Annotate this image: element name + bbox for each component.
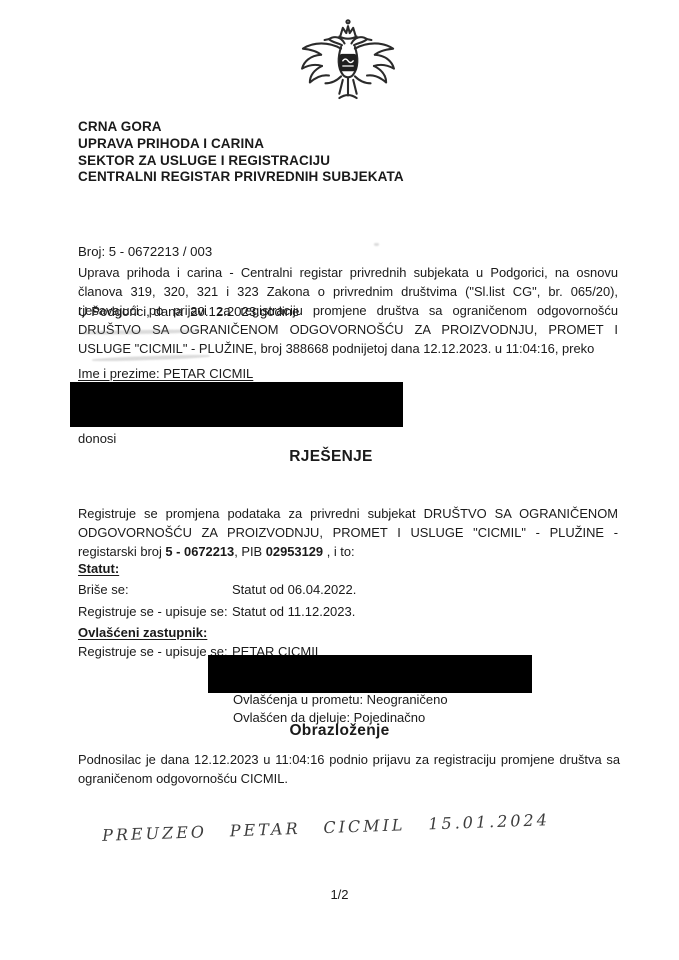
zastupnik-heading: Ovlašćeni zastupnik: (78, 625, 207, 640)
handwritten-word: PREUZEO (102, 822, 207, 845)
donosi-text: donosi (78, 431, 116, 446)
pib-label: , PIB (234, 544, 266, 559)
decision-text-suffix: , i to: (323, 544, 355, 559)
decision-title: RJEŠENJE (0, 448, 662, 466)
letterhead-line: SEKTOR ZA USLUGE I REGISTRACIJU (78, 153, 404, 170)
document-page: CRNA GORA UPRAVA PRIHODA I CARINA SEKTOR… (0, 0, 679, 960)
intro-paragraph: Uprava prihoda i carina - Centralni regi… (78, 263, 618, 358)
explanation-paragraph: Podnosilac je dana 12.12.2023 u 11:04:16… (78, 750, 620, 788)
page-number: 1/2 (0, 887, 679, 902)
handwritten-note: PREUZEO PETAR CICMIL 15.01.2024 (102, 810, 550, 845)
letterhead-line: CENTRALNI REGISTAR PRIVREDNIH SUBJEKATA (78, 169, 404, 186)
decision-paragraph: Registruje se promjena podataka za privr… (78, 504, 618, 561)
scan-artifact (374, 243, 379, 246)
statut-heading: Statut: (78, 561, 119, 576)
pib-number: 02953129 (266, 544, 323, 559)
document-number: Broj: 5 - 0672213 / 003 (78, 242, 299, 262)
handwritten-date: 15.01.2024 (428, 810, 550, 833)
row-label: Briše se: (78, 582, 232, 597)
coat-of-arms-icon (296, 16, 400, 121)
letterhead-line: CRNA GORA (78, 119, 404, 136)
statut-row: Briše se: Statut od 06.04.2022. (78, 582, 356, 597)
zastupnik-detail: Ovlašćenja u prometu: Neograničeno (233, 692, 448, 707)
row-label: Registruje se - upisuje se: (78, 604, 232, 619)
handwritten-word: PETAR (229, 819, 300, 840)
redaction-box (208, 655, 532, 693)
registration-number: 5 - 0672213 (165, 544, 234, 559)
row-value: Statut od 11.12.2023. (232, 604, 355, 619)
submitter-name-line: Ime i prezime: PETAR CICMIL (78, 366, 253, 381)
redaction-box (70, 382, 403, 427)
handwritten-word: CICMIL (323, 815, 406, 837)
statut-row: Registruje se - upisuje se: Statut od 11… (78, 604, 355, 619)
letterhead: CRNA GORA UPRAVA PRIHODA I CARINA SEKTOR… (78, 119, 404, 186)
row-value: Statut od 06.04.2022. (232, 582, 356, 597)
explanation-title: Obrazloženje (0, 722, 679, 740)
letterhead-line: UPRAVA PRIHODA I CARINA (78, 136, 404, 153)
